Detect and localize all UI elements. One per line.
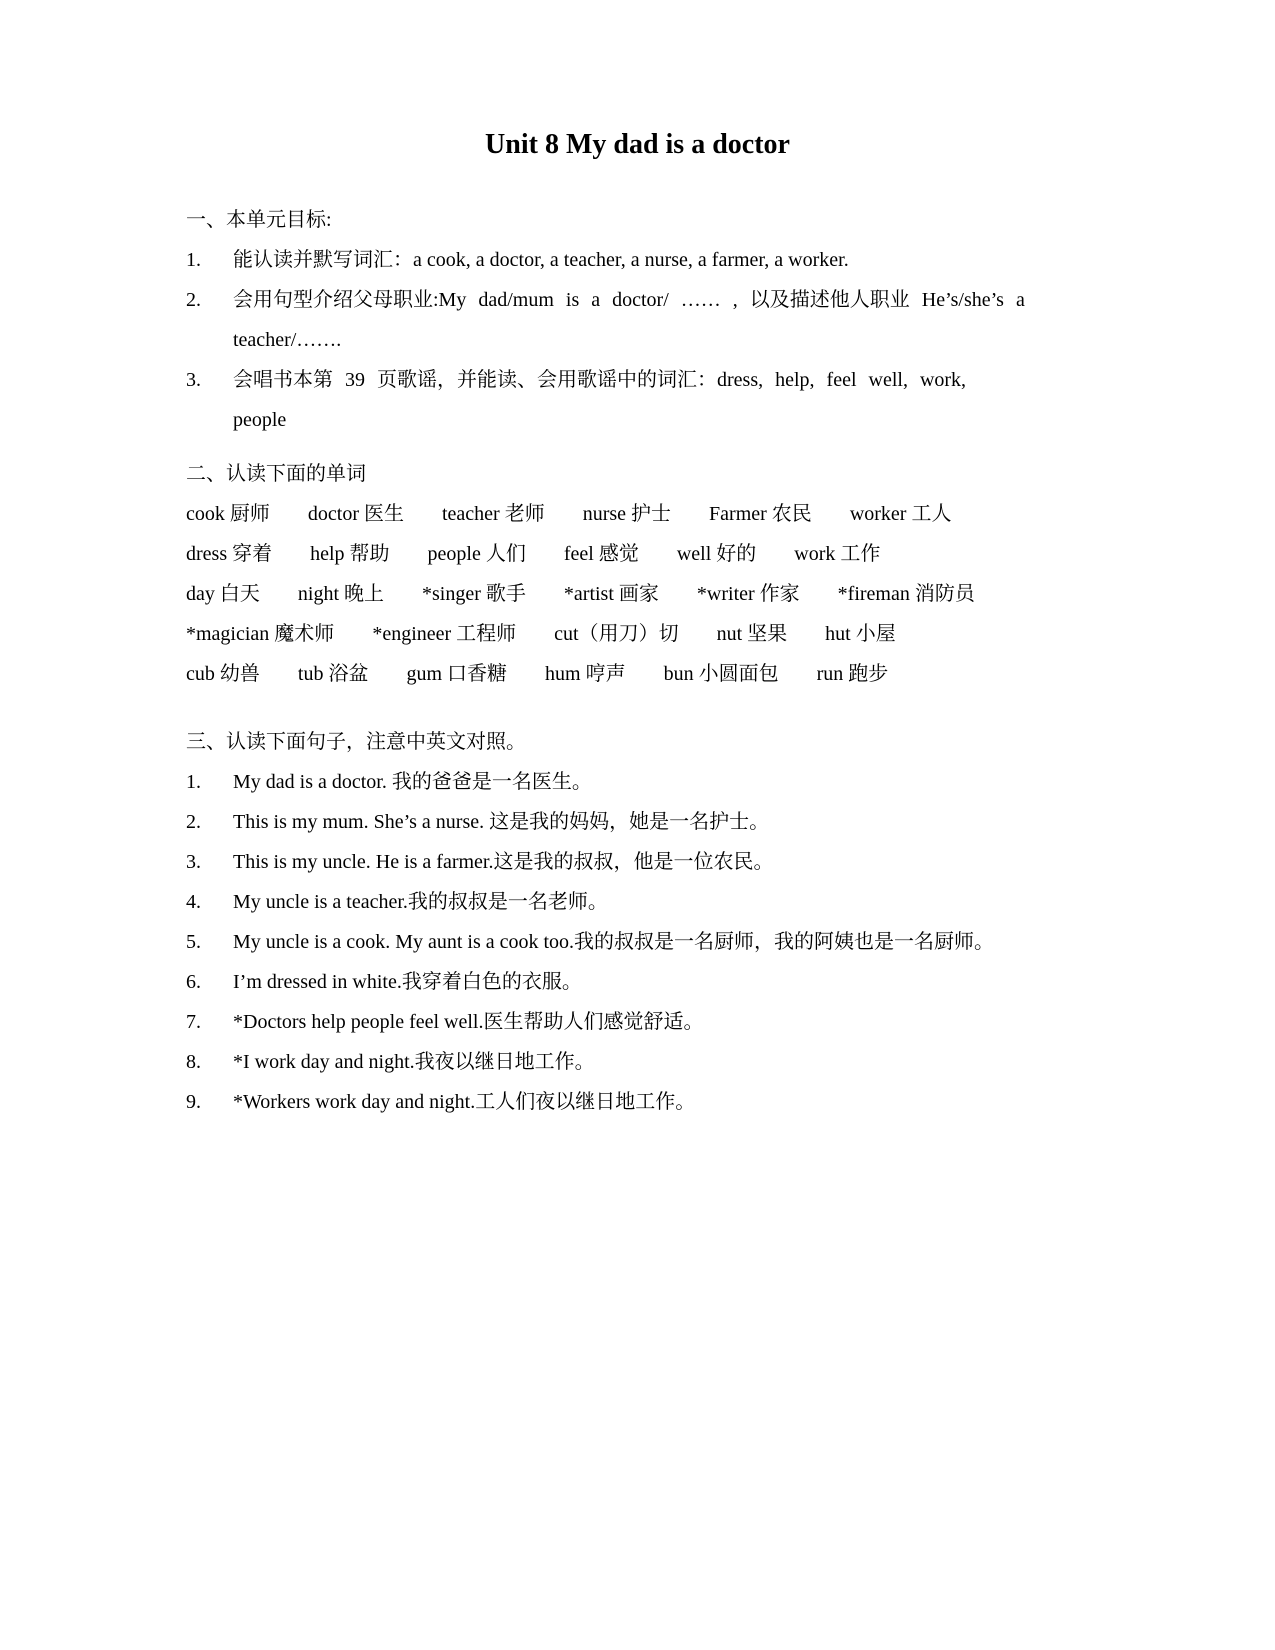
vocab-item: help 帮助 (310, 534, 389, 574)
vocab-item: tub 浴盆 (298, 654, 369, 694)
goal-item-body: 会唱书本第 39 页歌谣，并能读、会用歌谣中的词汇：dress, help, f… (233, 360, 1157, 440)
sentence-number: 2. (186, 802, 233, 842)
document-title: Unit 8 My dad is a doctor (0, 128, 1275, 162)
vocab-item: gum 口香糖 (406, 654, 507, 694)
vocab-item: hut 小屋 (825, 614, 896, 654)
sentence-number: 6. (186, 962, 233, 1002)
sentence-number: 1. (186, 762, 233, 802)
vocab-item: run 跑步 (817, 654, 889, 694)
vocab-item: *artist 画家 (564, 574, 659, 614)
sentence-text: I’m dressed in white.我穿着白色的衣服。 (233, 962, 1157, 1002)
sentence-text: My uncle is a teacher.我的叔叔是一名老师。 (233, 882, 1157, 922)
sentence-text: This is my mum. She’s a nurse. 这是我的妈妈，她是… (233, 802, 1157, 842)
vocab-item: feel 感觉 (564, 534, 639, 574)
vocab-item: work 工作 (794, 534, 880, 574)
sentence-item: 2. This is my mum. She’s a nurse. 这是我的妈妈… (186, 802, 1157, 842)
goal-item-number: 3. (186, 360, 233, 440)
goal-item-line: 会用句型介绍父母职业:My dad/mum is a doctor/ …… , … (233, 280, 1157, 320)
vocab-item: night 晚上 (298, 574, 384, 614)
goal-item-body: 会用句型介绍父母职业:My dad/mum is a doctor/ …… , … (233, 280, 1157, 360)
vocab-item: doctor 医生 (308, 494, 404, 534)
vocab-row: day 白天 night 晚上 *singer 歌手 *artist 画家 *w… (186, 574, 1157, 614)
sentence-text: This is my uncle. He is a farmer.这是我的叔叔，… (233, 842, 1157, 882)
sentence-item: 1. My dad is a doctor. 我的爸爸是一名医生。 (186, 762, 1157, 802)
sentence-item: 6. I’m dressed in white.我穿着白色的衣服。 (186, 962, 1157, 1002)
vocab-row: dress 穿着 help 帮助 people 人们 feel 感觉 well … (186, 534, 1157, 574)
sentence-item: 9. *Workers work day and night.工人们夜以继日地工… (186, 1082, 1157, 1122)
sentence-number: 9. (186, 1082, 233, 1122)
vocab-item: *magician 魔术师 (186, 614, 334, 654)
vocab-item: Farmer 农民 (709, 494, 812, 534)
vocab-item: bun 小圆面包 (664, 654, 779, 694)
sentence-item: 5. My uncle is a cook. My aunt is a cook… (186, 922, 1157, 962)
vocab-item: cook 厨师 (186, 494, 270, 534)
sentence-number: 5. (186, 922, 233, 962)
sentence-item: 7. *Doctors help people feel well.医生帮助人们… (186, 1002, 1157, 1042)
vocab-item: nurse 护士 (583, 494, 671, 534)
vocab-item: *writer 作家 (697, 574, 800, 614)
goal-item-line: people (233, 400, 1157, 440)
vocab-row: *magician 魔术师 *engineer 工程师 cut（用刀）切 nut… (186, 614, 1157, 654)
sentence-text: *Workers work day and night.工人们夜以继日地工作。 (233, 1082, 1157, 1122)
vocab-row: cook 厨师 doctor 医生 teacher 老师 nurse 护士 Fa… (186, 494, 1157, 534)
sentence-number: 4. (186, 882, 233, 922)
vocab-item: teacher 老师 (442, 494, 545, 534)
goal-item-line: teacher/……. (233, 320, 1157, 360)
goal-item-line: 会唱书本第 39 页歌谣，并能读、会用歌谣中的词汇：dress, help, f… (233, 360, 1157, 400)
sentence-number: 3. (186, 842, 233, 882)
vocab-row: cub 幼兽 tub 浴盆 gum 口香糖 hum 哼声 bun 小圆面包 ru… (186, 654, 1157, 694)
vocab-item: cub 幼兽 (186, 654, 260, 694)
vocab-item: dress 穿着 (186, 534, 272, 574)
vocab-item: *fireman 消防员 (838, 574, 975, 614)
vocab-item: cut（用刀）切 (554, 614, 678, 654)
sentence-text: My uncle is a cook. My aunt is a cook to… (233, 922, 1157, 962)
vocab-item: day 白天 (186, 574, 260, 614)
vocab-item: nut 坚果 (717, 614, 788, 654)
vocab-item: *singer 歌手 (422, 574, 526, 614)
vocab-item: well 好的 (677, 534, 756, 574)
section-goals-heading: 一、本单元目标: (186, 200, 1157, 240)
section-words-heading: 二、认读下面的单词 (186, 454, 1157, 494)
sentence-text: *Doctors help people feel well.医生帮助人们感觉舒… (233, 1002, 1157, 1042)
goal-item-line: 能认读并默写词汇：a cook, a doctor, a teacher, a … (233, 240, 1157, 280)
sentence-number: 8. (186, 1042, 233, 1082)
vocab-item: people 人们 (428, 534, 526, 574)
goal-item-number: 2. (186, 280, 233, 360)
sentence-text: *I work day and night.我夜以继日地工作。 (233, 1042, 1157, 1082)
sentence-item: 4. My uncle is a teacher.我的叔叔是一名老师。 (186, 882, 1157, 922)
goal-item-number: 1. (186, 240, 233, 280)
section-sentences-heading: 三、认读下面句子，注意中英文对照。 (186, 722, 1157, 762)
vocab-item: hum 哼声 (545, 654, 626, 694)
vocab-item: worker 工人 (850, 494, 952, 534)
goal-item: 1. 能认读并默写词汇：a cook, a doctor, a teacher,… (186, 240, 1157, 280)
document-page: Unit 8 My dad is a doctor 一、本单元目标: 1. 能认… (0, 0, 1275, 1650)
sentence-number: 7. (186, 1002, 233, 1042)
goal-item: 2. 会用句型介绍父母职业:My dad/mum is a doctor/ ……… (186, 280, 1157, 360)
goal-item-body: 能认读并默写词汇：a cook, a doctor, a teacher, a … (233, 240, 1157, 280)
sentence-item: 8. *I work day and night.我夜以继日地工作。 (186, 1042, 1157, 1082)
sentence-item: 3. This is my uncle. He is a farmer.这是我的… (186, 842, 1157, 882)
sentence-text: My dad is a doctor. 我的爸爸是一名医生。 (233, 762, 1157, 802)
goal-item: 3. 会唱书本第 39 页歌谣，并能读、会用歌谣中的词汇：dress, help… (186, 360, 1157, 440)
vocab-item: *engineer 工程师 (372, 614, 516, 654)
